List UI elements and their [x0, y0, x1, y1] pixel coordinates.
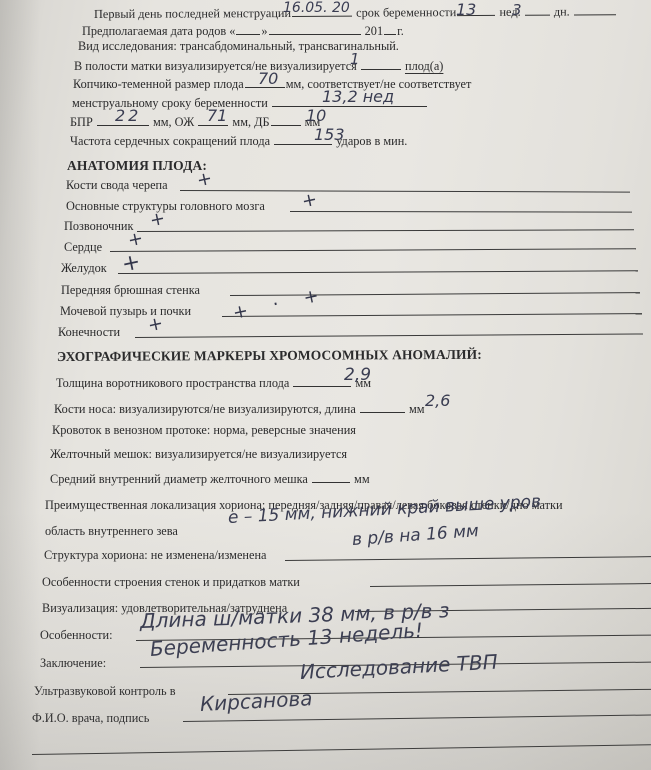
anatomy-label: Мочевой пузырь и почки [60, 304, 191, 318]
term-label: срок беременности [356, 5, 456, 20]
anatomy-item-brain: Основные структуры головного мозга [66, 199, 265, 213]
anatomy-label: Позвоночник [64, 219, 134, 233]
nt-label: Толщина воротникового пространства плода [56, 376, 289, 390]
yolk-sac: Желточный мешок: визуализируется/не визу… [50, 447, 347, 461]
yolk-diameter-row: Средний внутренний диаметр желточного ме… [50, 470, 370, 486]
anatomy-item-kidneys: Мочевой пузырь и почки [60, 304, 191, 318]
doctor-signature: Кирсанова [199, 686, 313, 716]
anatomy-item-spine: Позвоночник [64, 219, 134, 233]
hr-label: Частота сердечных сокращений плода [70, 134, 270, 148]
chorion-structure-field[interactable] [285, 556, 651, 561]
nt-row: Толщина воротникового пространства плода… [56, 374, 371, 390]
menstrual-value: 13,2 нед [322, 87, 394, 106]
nt-value: 2,9 [344, 365, 371, 385]
uterus-walls-label: Особенности строения стенок и придатков … [42, 575, 300, 589]
extra-signature-line[interactable] [32, 744, 651, 755]
anatomy-label: Основные структуры головного мозга [66, 199, 265, 213]
stomach-field[interactable] [118, 270, 638, 274]
brain-field[interactable] [290, 211, 632, 213]
ac-label: мм, ОЖ [153, 115, 194, 129]
ductus-venosus: Кровоток в венозном протоке: норма, реве… [52, 423, 356, 437]
ac-value: 71 [207, 106, 227, 125]
internal-os-label: область внутреннего зева [45, 524, 178, 538]
uterus-label: В полости матки визуализируется/не визуа… [74, 59, 357, 73]
yolk-diam-label: Средний внутренний диаметр желточного ме… [50, 472, 308, 486]
spine-field[interactable] [137, 229, 634, 232]
extra-field[interactable] [574, 2, 616, 15]
anatomy-label: Сердце [64, 240, 102, 254]
anatomy-label: Передняя брюшная стенка [61, 283, 200, 297]
crl-value: 70 [258, 69, 278, 88]
lmp-row: Первый день последней менструации срок б… [94, 2, 617, 21]
edd-year-prefix: 201 [365, 24, 383, 38]
bpd-label: БПР [70, 115, 93, 129]
anatomy-heading: АНАТОМИЯ ПЛОДА: [67, 159, 207, 173]
paper-shadow-left [0, 0, 40, 770]
brain-mark: + [300, 189, 319, 213]
limbs-field[interactable] [135, 333, 643, 338]
edd-label: Предполагаемая дата родов « [82, 24, 235, 38]
hr-value: 153 [314, 125, 345, 144]
nt-field[interactable] [293, 374, 351, 387]
anatomy-item-skull: Кости свода черепа [66, 178, 168, 192]
skull-mark: + [195, 168, 214, 192]
term-weeks-value: 13 [456, 0, 476, 19]
anatomy-label: Конечности [58, 325, 120, 339]
anatomy-item-limbs: Конечности [58, 325, 120, 339]
fl-field[interactable] [271, 113, 301, 126]
menstrual-label: менструальному сроку беременности [72, 96, 268, 110]
edd-year-suffix: г. [397, 24, 404, 38]
bpd-value: 22 [115, 106, 141, 125]
edd-day-field[interactable] [236, 22, 260, 35]
kidneys-mark: + · + [231, 283, 331, 324]
uterus-walls-field[interactable] [370, 583, 651, 587]
control-value: Исследование ТВП [299, 650, 498, 684]
fetus-count-value: 1 [350, 50, 360, 68]
nasal-value: 2,6 [425, 391, 450, 410]
conclusion-label: Заключение: [40, 656, 106, 670]
kidneys-field[interactable] [222, 313, 642, 317]
lmp-value: 16.05. 20 [283, 0, 350, 16]
yolk-diam-unit: мм [354, 472, 370, 486]
nasal-field[interactable] [360, 400, 405, 413]
fetus-label: плод(а) [405, 59, 443, 73]
edd-row: Предполагаемая дата родов «» 201г. [82, 22, 404, 38]
markers-heading: ЭХОГРАФИЧЕСКИЕ МАРКЕРЫ ХРОМОСОМНЫХ АНОМА… [57, 348, 482, 364]
term-days-value: 3 [512, 1, 522, 19]
chorion-structure: Структура хориона: не изменена/изменена [44, 548, 266, 562]
features-label: Особенности: [40, 628, 113, 642]
edd-quote: » [261, 24, 267, 38]
nasal-label: Кости носа: визуализируются/не визуализи… [54, 402, 356, 416]
internal-os-value-2: в р/в на 16 мм [351, 521, 479, 550]
anatomy-item-heart: Сердце [64, 240, 102, 254]
yolk-diam-field[interactable] [312, 470, 350, 483]
heart-field[interactable] [110, 248, 636, 252]
stomach-mark: + [120, 249, 143, 277]
fl-value: 10 [306, 106, 326, 125]
anatomy-item-abdominal-wall: Передняя брюшная стенка [61, 283, 200, 297]
heart-rate-row: Частота сердечных сокращений плода ударо… [70, 132, 407, 148]
edd-year-field[interactable] [384, 22, 396, 35]
doctor-label: Ф.И.О. врача, подпись [32, 711, 149, 725]
anatomy-label: Желудок [61, 261, 107, 275]
fl-label: мм, ДБ [232, 115, 269, 129]
control-label: Ультразвуковой контроль в [34, 684, 176, 698]
term-days-field[interactable] [525, 3, 550, 16]
nasal-row: Кости носа: визуализируются/не визуализи… [54, 400, 425, 416]
lmp-label: Первый день последней менструации [94, 6, 291, 21]
days-label: дн. [554, 5, 570, 19]
skull-field[interactable] [180, 190, 630, 193]
biometry-row: БПР мм, ОЖ мм, ДБ мм [70, 113, 320, 129]
hr-suffix: ударов в мин. [336, 134, 407, 148]
doctor-field[interactable] [183, 714, 651, 722]
anatomy-item-stomach: Желудок [61, 261, 107, 275]
edd-month-field[interactable] [269, 22, 361, 35]
anatomy-label: Кости свода черепа [66, 178, 168, 192]
nasal-unit: мм [409, 402, 425, 416]
crl-label: Копчико-теменной размер плода [73, 77, 244, 91]
fetus-count-field[interactable] [361, 57, 401, 70]
